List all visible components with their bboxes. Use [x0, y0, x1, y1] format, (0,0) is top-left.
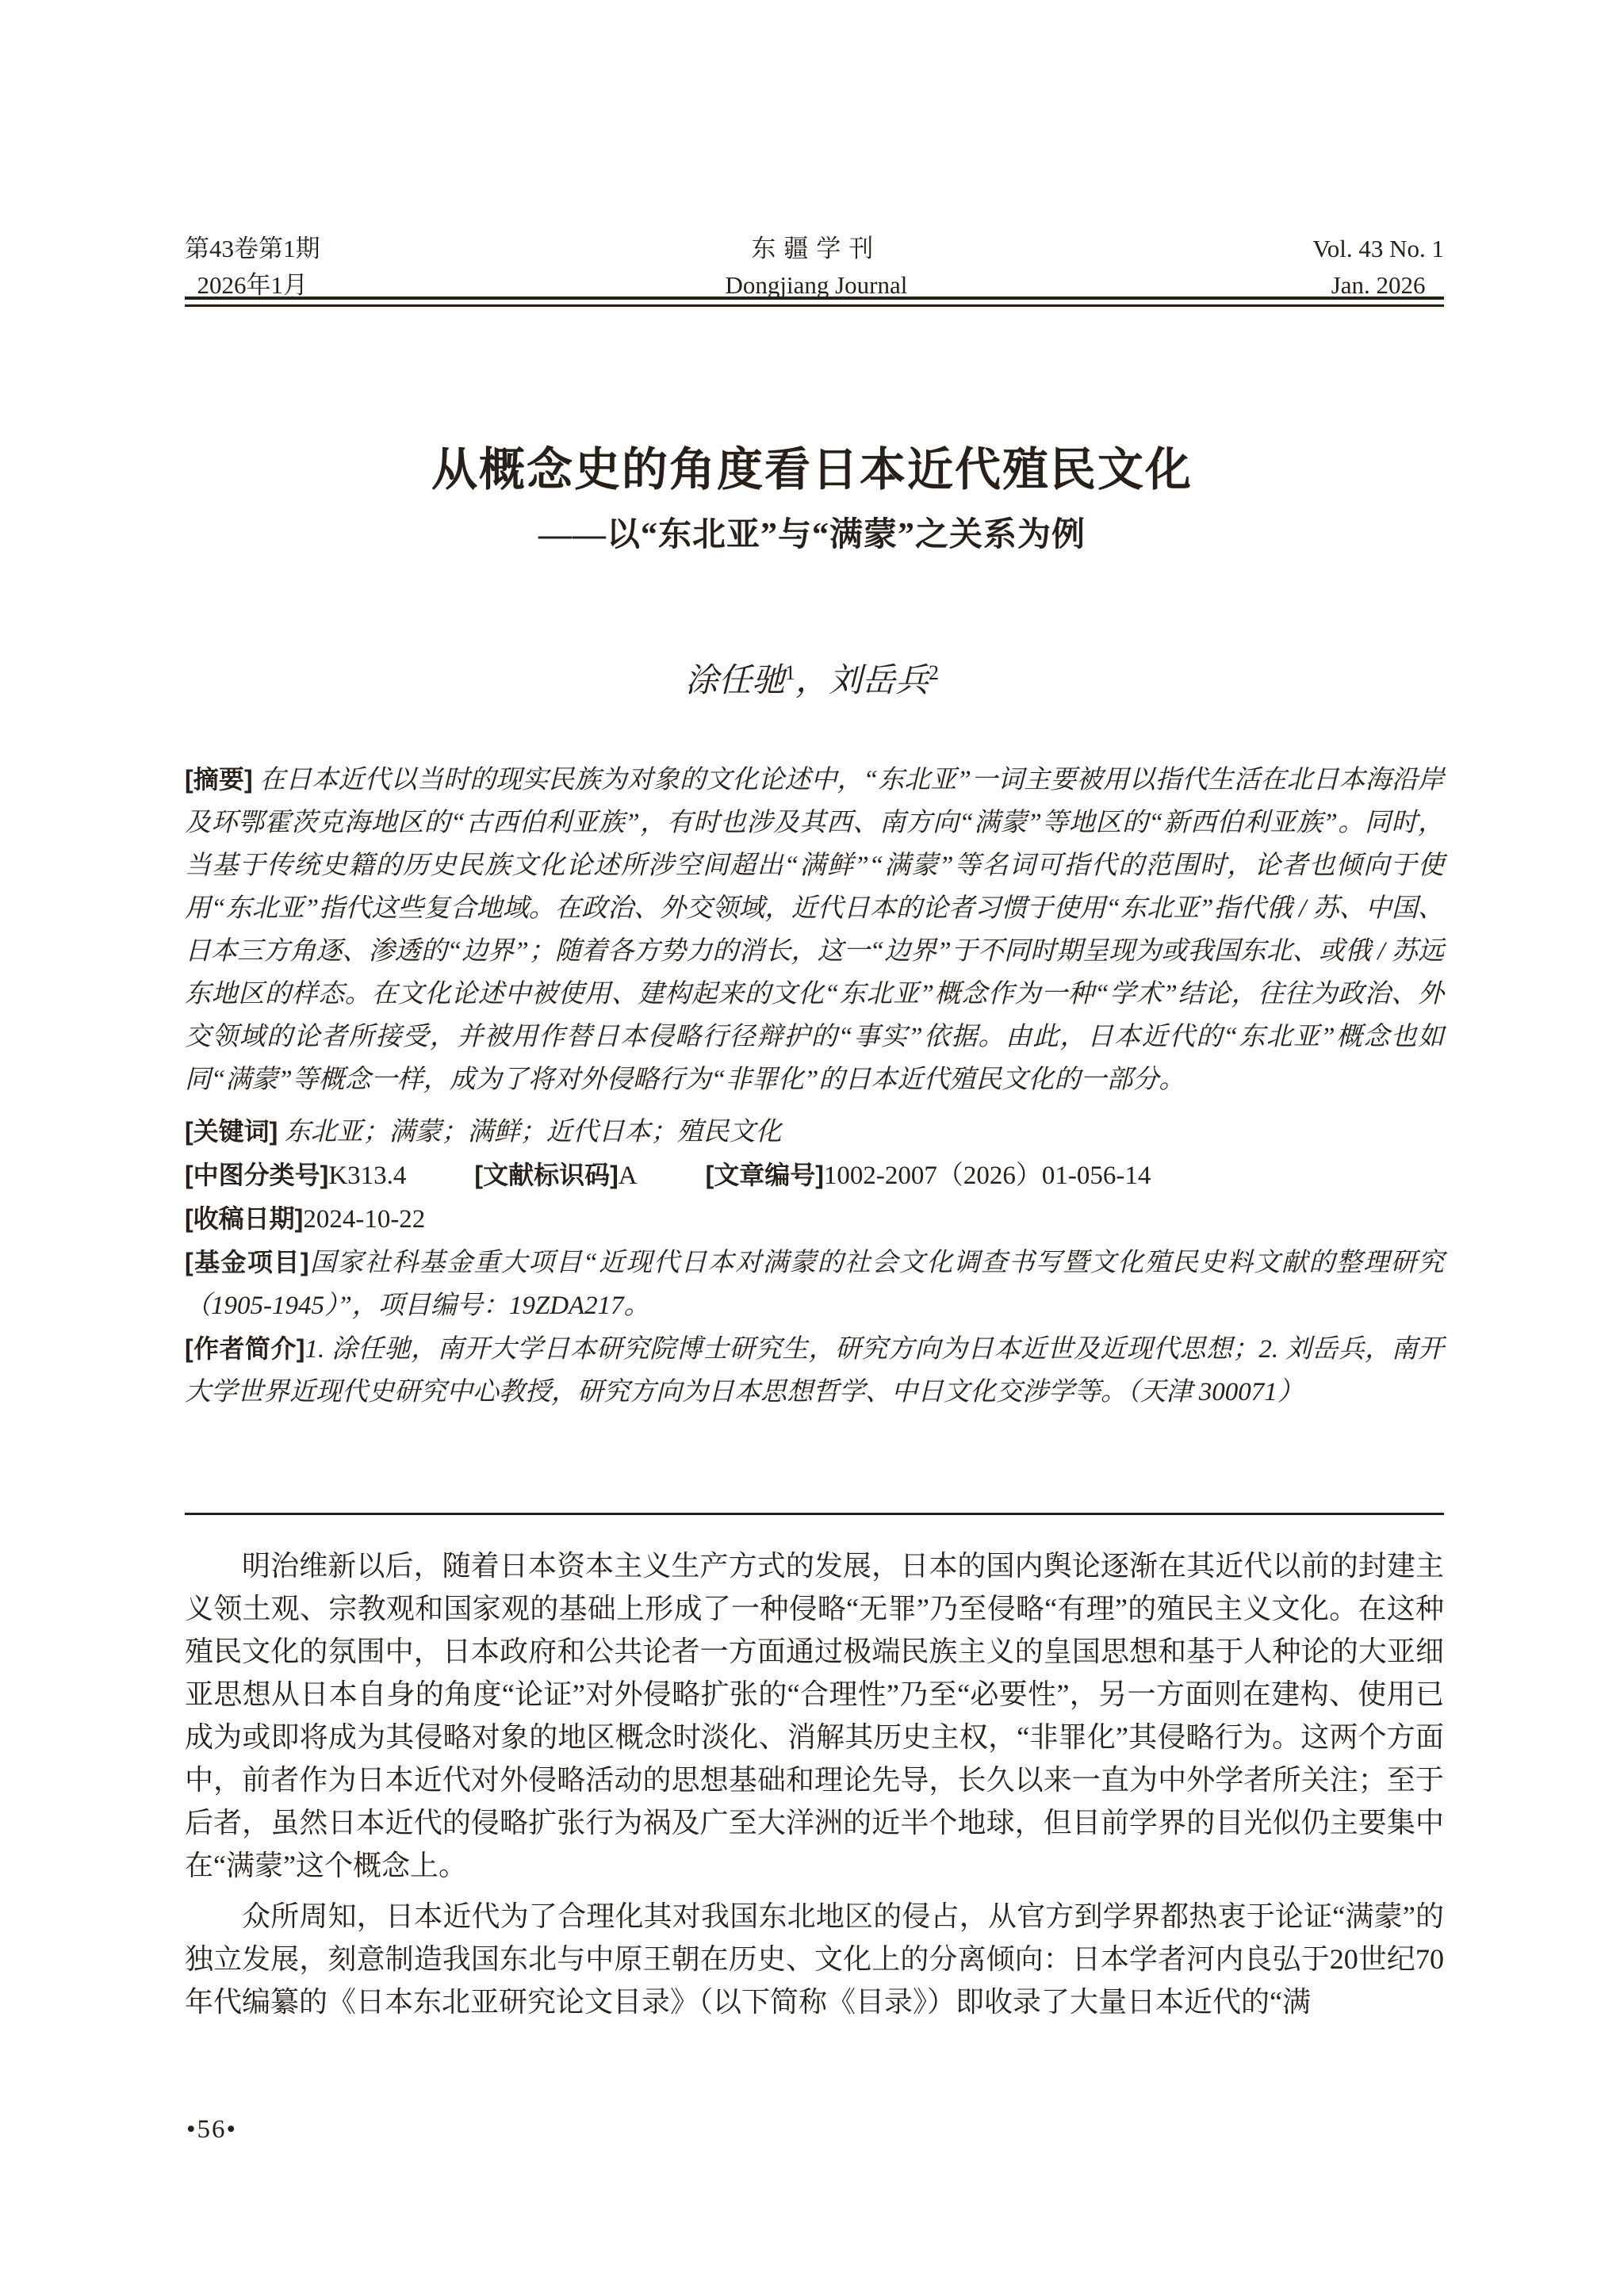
header-issue-info: 第43卷第1期 2026年1月 [185, 231, 320, 304]
journal-name-cn: 东疆学刊 [725, 231, 907, 267]
received-value: 2024-10-22 [303, 1205, 425, 1234]
received-label: [收稿日期] [185, 1204, 303, 1233]
article-title: 从概念史的角度看日本近代殖民文化 [0, 441, 1624, 499]
bio-text: 1. 涂任驰，南开大学日本研究院博士研究生，研究方向为日本近世及近现代思想；2.… [185, 1335, 1444, 1406]
article-subtitle: ——以“东北亚”与“满蒙”之关系为例 [0, 512, 1624, 558]
body-paragraph-1: 明治维新以后，随着日本资本主义生产方式的发展，日本的国内舆论逐渐在其近代以前的封… [185, 1544, 1444, 1887]
fund-text: 国家社科基金重大项目“近现代日本对满蒙的社会文化调查书写暨文化殖民史料文献的整理… [185, 1249, 1444, 1320]
fund-label: [基金项目] [185, 1248, 308, 1276]
abstract-label: [摘要] [185, 765, 253, 794]
received-date-line: [收稿日期]2024-10-22 [185, 1197, 1444, 1241]
author-1-superscript: 1 [785, 661, 795, 684]
keywords-text: 东北亚；满蒙；满鲜；近代日本；殖民文化 [285, 1118, 782, 1146]
clc-label: [中图分类号] [185, 1161, 328, 1189]
author-2-superscript: 2 [929, 661, 939, 684]
authors-separator: ， [795, 663, 829, 699]
article-no-label: [文章编号] [706, 1161, 824, 1189]
article-body: 明治维新以后，随着日本资本主义生产方式的发展，日本的国内舆论逐渐在其近代以前的封… [185, 1544, 1444, 2023]
header-journal-name: 东疆学刊 Dongjiang Journal [725, 231, 907, 304]
keywords-label: [关键词] [185, 1117, 278, 1146]
doc-code-label: [文献标识码] [474, 1161, 618, 1189]
header-double-rule [185, 297, 1444, 307]
author-1-name: 涂任驰 [685, 663, 785, 699]
clc-value: K313.4 [328, 1161, 406, 1190]
front-matter: [摘要] 在日本近代以当时的现实民族为对象的文化论述中，“东北亚”一词主要被用以… [185, 758, 1444, 1414]
abstract-text: 在日本近代以当时的现实民族为对象的文化论述中，“东北亚”一词主要被用以指代生活在… [185, 766, 1444, 1094]
article-no-value: 1002-2007（2026）01-056-14 [824, 1161, 1151, 1190]
journal-page: 第43卷第1期 2026年1月 东疆学刊 Dongjiang Journal V… [0, 0, 1624, 2296]
body-separator-rule [185, 1513, 1444, 1515]
bio-paragraph: [作者简介]1. 涂任驰，南开大学日本研究院博士研究生，研究方向为日本近世及近现… [185, 1327, 1444, 1414]
keywords-line: [关键词] 东北亚；满蒙；满鲜；近代日本；殖民文化 [185, 1110, 1444, 1154]
abstract-paragraph: [摘要] 在日本近代以当时的现实民族为对象的文化论述中，“东北亚”一词主要被用以… [185, 758, 1444, 1101]
volume-issue-en: Vol. 43 No. 1 [1312, 231, 1444, 267]
page-number: •56• [186, 2115, 237, 2145]
header-issue-info-en: Vol. 43 No. 1 Jan. 2026 [1312, 231, 1444, 304]
body-paragraph-2: 众所周知，日本近代为了合理化其对我国东北地区的侵占，从官方到学界都热衷于论证“满… [185, 1895, 1444, 2023]
bio-label: [作者简介] [185, 1334, 304, 1363]
journal-header: 第43卷第1期 2026年1月 东疆学刊 Dongjiang Journal V… [185, 231, 1444, 304]
volume-issue-cn: 第43卷第1期 [185, 231, 320, 267]
doc-code-value: A [619, 1161, 638, 1190]
fund-paragraph: [基金项目]国家社科基金重大项目“近现代日本对满蒙的社会文化调查书写暨文化殖民史… [185, 1241, 1444, 1327]
classification-line: [中图分类号]K313.4[文献标识码]A[文章编号]1002-2007（202… [185, 1154, 1444, 1197]
author-2-name: 刘岳兵 [829, 663, 929, 699]
authors-line: 涂任驰1，刘岳兵2 [0, 650, 1624, 704]
